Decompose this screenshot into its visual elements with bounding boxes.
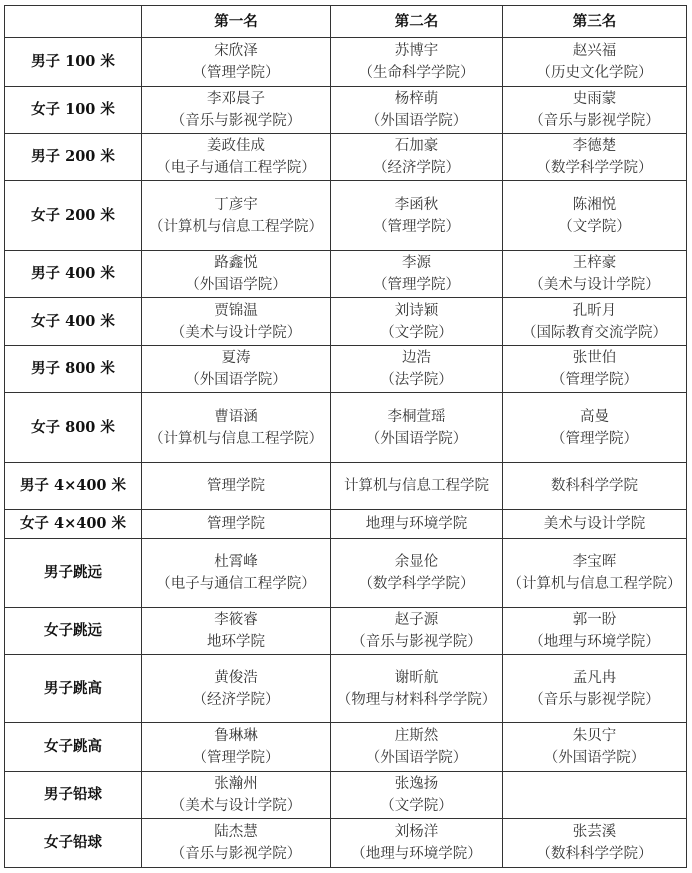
second-place-cell: 李源（管理学院）: [331, 251, 503, 298]
second-place-cell: 杨梓萌（外国语学院）: [331, 87, 503, 134]
third-place-cell: 李德楚（数学科学学院）: [503, 134, 687, 181]
third-place-cell: 张世伯（管理学院）: [503, 346, 687, 393]
athlete-name: 刘诗颖: [335, 300, 498, 322]
second-place-cell: 李桐萱瑶（外国语学院）: [331, 393, 503, 463]
athlete-name: 王梓豪: [507, 252, 682, 274]
third-place-cell: 高曼（管理学院）: [503, 393, 687, 463]
first-place-cell: 丁彦宇（计算机与信息工程学院）: [142, 181, 331, 251]
school-name: （电子与通信工程学院）: [146, 157, 326, 179]
event-name: 女子 200 米: [5, 181, 142, 251]
school-name: （外国语学院）: [507, 747, 682, 769]
first-place-cell: 张瀚州（美术与设计学院）: [142, 772, 331, 819]
third-place-cell: 美术与设计学院: [503, 510, 687, 539]
event-name: 男子 4×400 米: [5, 463, 142, 510]
athlete-name: 苏博宇: [335, 40, 498, 62]
event-name: 男子 100 米: [5, 38, 142, 87]
second-place-cell: 张逸扬（文学院）: [331, 772, 503, 819]
athlete-name: 赵子源: [335, 609, 498, 631]
second-place-cell: 地理与环境学院: [331, 510, 503, 539]
school-name: （电子与通信工程学院）: [146, 573, 326, 595]
first-place-cell: 陆杰慧（音乐与影视学院）: [142, 819, 331, 868]
first-place-cell: 贾锦温（美术与设计学院）: [142, 298, 331, 346]
table-row: 男子跳远杜霄峰（电子与通信工程学院）余显伦（数学科学学院）李宝晖（计算机与信息工…: [5, 539, 687, 608]
first-place-cell: 黄俊浩（经济学院）: [142, 655, 331, 723]
athlete-name: 杜霄峰: [146, 551, 326, 573]
event-name: 男子 800 米: [5, 346, 142, 393]
table-row: 男子 800 米夏涛（外国语学院）边浩（法学院）张世伯（管理学院）: [5, 346, 687, 393]
event-name: 男子 400 米: [5, 251, 142, 298]
first-place-cell: 宋欣泽（管理学院）: [142, 38, 331, 87]
athlete-name: 黄俊浩: [146, 667, 326, 689]
third-place-cell: 朱贝宁（外国语学院）: [503, 723, 687, 772]
school-name: 地理与环境学院: [335, 513, 498, 535]
athlete-name: 夏涛: [146, 347, 326, 369]
athlete-name: 张芸溪: [507, 821, 682, 843]
athlete-name: 孟凡冉: [507, 667, 682, 689]
athlete-name: 谢昕航: [335, 667, 498, 689]
table-row: 女子 100 米李邓晨子（音乐与影视学院）杨梓萌（外国语学院）史雨蒙（音乐与影视…: [5, 87, 687, 134]
third-place-cell: [503, 772, 687, 819]
table-row: 女子 4×400 米管理学院地理与环境学院美术与设计学院: [5, 510, 687, 539]
athlete-name: 曹语涵: [146, 406, 326, 428]
school-name: （计算机与信息工程学院）: [507, 573, 682, 595]
athlete-name: 路鑫悦: [146, 252, 326, 274]
header-third-place: 第三名: [503, 6, 687, 38]
table-row: 女子跳远李筱睿地环学院赵子源（音乐与影视学院）郭一盼（地理与环境学院）: [5, 608, 687, 655]
school-name: 管理学院: [146, 475, 326, 497]
athlete-name: 张瀚州: [146, 773, 326, 795]
athlete-name: 庄斯然: [335, 725, 498, 747]
athlete-name: 孔昕月: [507, 300, 682, 322]
first-place-cell: 姜政佳成（电子与通信工程学院）: [142, 134, 331, 181]
athlete-name: 赵兴福: [507, 40, 682, 62]
school-name: （数科科学学院）: [507, 843, 682, 865]
table-row: 女子铅球陆杰慧（音乐与影视学院）刘杨洋（地理与环境学院）张芸溪（数科科学学院）: [5, 819, 687, 868]
school-name: （数学科学学院）: [335, 573, 498, 595]
event-name: 男子跳远: [5, 539, 142, 608]
school-name: （历史文化学院）: [507, 62, 682, 84]
second-place-cell: 赵子源（音乐与影视学院）: [331, 608, 503, 655]
school-name: （音乐与影视学院）: [146, 110, 326, 132]
event-name: 男子铅球: [5, 772, 142, 819]
athlete-name: 李源: [335, 252, 498, 274]
results-table: 第一名 第二名 第三名 男子 100 米宋欣泽（管理学院）苏博宇（生命科学学院）…: [4, 5, 687, 868]
athlete-name: 朱贝宁: [507, 725, 682, 747]
table-row: 男子跳高黄俊浩（经济学院）谢昕航（物理与材料科学学院）孟凡冉（音乐与影视学院）: [5, 655, 687, 723]
first-place-cell: 夏涛（外国语学院）: [142, 346, 331, 393]
results-body: 男子 100 米宋欣泽（管理学院）苏博宇（生命科学学院）赵兴福（历史文化学院）女…: [5, 38, 687, 868]
table-row: 男子铅球张瀚州（美术与设计学院）张逸扬（文学院）: [5, 772, 687, 819]
second-place-cell: 谢昕航（物理与材料科学学院）: [331, 655, 503, 723]
athlete-name: 石加豪: [335, 135, 498, 157]
athlete-name: 刘杨洋: [335, 821, 498, 843]
second-place-cell: 余显伦（数学科学学院）: [331, 539, 503, 608]
table-row: 女子跳高鲁琳琳（管理学院）庄斯然（外国语学院）朱贝宁（外国语学院）: [5, 723, 687, 772]
school-name: （管理学院）: [335, 216, 498, 238]
header-second-place: 第二名: [331, 6, 503, 38]
school-name: （外国语学院）: [335, 428, 498, 450]
athlete-name: 杨梓萌: [335, 88, 498, 110]
school-name: （地理与环境学院）: [335, 843, 498, 865]
school-name: 计算机与信息工程学院: [335, 475, 498, 497]
third-place-cell: 王梓豪（美术与设计学院）: [503, 251, 687, 298]
school-name: （计算机与信息工程学院）: [146, 216, 326, 238]
event-name: 女子 400 米: [5, 298, 142, 346]
event-name: 男子 200 米: [5, 134, 142, 181]
table-row: 女子 400 米贾锦温（美术与设计学院）刘诗颖（文学院）孔昕月（国际教育交流学院…: [5, 298, 687, 346]
athlete-name: 丁彦宇: [146, 194, 326, 216]
header-corner: [5, 6, 142, 38]
school-name: 管理学院: [146, 513, 326, 535]
school-name: 地环学院: [146, 631, 326, 653]
third-place-cell: 李宝晖（计算机与信息工程学院）: [503, 539, 687, 608]
athlete-name: 郭一盼: [507, 609, 682, 631]
third-place-cell: 张芸溪（数科科学学院）: [503, 819, 687, 868]
school-name: 美术与设计学院: [507, 513, 682, 535]
second-place-cell: 苏博宇（生命科学学院）: [331, 38, 503, 87]
event-name: 男子跳高: [5, 655, 142, 723]
first-place-cell: 管理学院: [142, 510, 331, 539]
first-place-cell: 鲁琳琳（管理学院）: [142, 723, 331, 772]
athlete-name: 李德楚: [507, 135, 682, 157]
school-name: （音乐与影视学院）: [146, 843, 326, 865]
school-name: （管理学院）: [335, 274, 498, 296]
athlete-name: 李桐萱瑶: [335, 406, 498, 428]
school-name: （美术与设计学院）: [146, 322, 326, 344]
table-row: 男子 400 米路鑫悦（外国语学院）李源（管理学院）王梓豪（美术与设计学院）: [5, 251, 687, 298]
school-name: （数学科学学院）: [507, 157, 682, 179]
school-name: （管理学院）: [146, 62, 326, 84]
school-name: （文学院）: [335, 795, 498, 817]
third-place-cell: 孔昕月（国际教育交流学院）: [503, 298, 687, 346]
school-name: （法学院）: [335, 369, 498, 391]
athlete-name: 余显伦: [335, 551, 498, 573]
first-place-cell: 路鑫悦（外国语学院）: [142, 251, 331, 298]
athlete-name: 陈湘悦: [507, 194, 682, 216]
second-place-cell: 刘诗颖（文学院）: [331, 298, 503, 346]
school-name: （外国语学院）: [335, 110, 498, 132]
school-name: （经济学院）: [335, 157, 498, 179]
event-name: 女子跳高: [5, 723, 142, 772]
school-name: （音乐与影视学院）: [507, 110, 682, 132]
third-place-cell: 数科科学学院: [503, 463, 687, 510]
table-row: 男子 100 米宋欣泽（管理学院）苏博宇（生命科学学院）赵兴福（历史文化学院）: [5, 38, 687, 87]
first-place-cell: 管理学院: [142, 463, 331, 510]
first-place-cell: 李邓晨子（音乐与影视学院）: [142, 87, 331, 134]
third-place-cell: 孟凡冉（音乐与影视学院）: [503, 655, 687, 723]
athlete-name: 李函秋: [335, 194, 498, 216]
athlete-name: 宋欣泽: [146, 40, 326, 62]
table-row: 男子 4×400 米管理学院计算机与信息工程学院数科科学学院: [5, 463, 687, 510]
header-row: 第一名 第二名 第三名: [5, 6, 687, 38]
school-name: （管理学院）: [507, 369, 682, 391]
first-place-cell: 曹语涵（计算机与信息工程学院）: [142, 393, 331, 463]
school-name: （计算机与信息工程学院）: [146, 428, 326, 450]
second-place-cell: 庄斯然（外国语学院）: [331, 723, 503, 772]
athlete-name: 李宝晖: [507, 551, 682, 573]
athlete-name: 高曼: [507, 406, 682, 428]
second-place-cell: 石加豪（经济学院）: [331, 134, 503, 181]
school-name: （文学院）: [507, 216, 682, 238]
school-name: （物理与材料科学学院）: [335, 689, 498, 711]
school-name: （音乐与影视学院）: [335, 631, 498, 653]
athlete-name: 陆杰慧: [146, 821, 326, 843]
header-first-place: 第一名: [142, 6, 331, 38]
table-row: 女子 800 米曹语涵（计算机与信息工程学院）李桐萱瑶（外国语学院）高曼（管理学…: [5, 393, 687, 463]
school-name: （外国语学院）: [146, 369, 326, 391]
table-row: 女子 200 米丁彦宇（计算机与信息工程学院）李函秋（管理学院）陈湘悦（文学院）: [5, 181, 687, 251]
athlete-name: 贾锦温: [146, 300, 326, 322]
athlete-name: 鲁琳琳: [146, 725, 326, 747]
school-name: （美术与设计学院）: [507, 274, 682, 296]
athlete-name: 边浩: [335, 347, 498, 369]
school-name: （经济学院）: [146, 689, 326, 711]
school-name: （生命科学学院）: [335, 62, 498, 84]
second-place-cell: 刘杨洋（地理与环境学院）: [331, 819, 503, 868]
athlete-name: 史雨蒙: [507, 88, 682, 110]
second-place-cell: 边浩（法学院）: [331, 346, 503, 393]
school-name: （音乐与影视学院）: [507, 689, 682, 711]
second-place-cell: 李函秋（管理学院）: [331, 181, 503, 251]
school-name: （文学院）: [335, 322, 498, 344]
event-name: 女子铅球: [5, 819, 142, 868]
event-name: 女子 800 米: [5, 393, 142, 463]
athlete-name: 张世伯: [507, 347, 682, 369]
event-name: 女子 100 米: [5, 87, 142, 134]
school-name: （外国语学院）: [335, 747, 498, 769]
school-name: （地理与环境学院）: [507, 631, 682, 653]
event-name: 女子 4×400 米: [5, 510, 142, 539]
third-place-cell: 赵兴福（历史文化学院）: [503, 38, 687, 87]
third-place-cell: 陈湘悦（文学院）: [503, 181, 687, 251]
athlete-name: 姜政佳成: [146, 135, 326, 157]
table-row: 男子 200 米姜政佳成（电子与通信工程学院）石加豪（经济学院）李德楚（数学科学…: [5, 134, 687, 181]
school-name: （管理学院）: [146, 747, 326, 769]
school-name: （美术与设计学院）: [146, 795, 326, 817]
third-place-cell: 郭一盼（地理与环境学院）: [503, 608, 687, 655]
athlete-name: 张逸扬: [335, 773, 498, 795]
first-place-cell: 杜霄峰（电子与通信工程学院）: [142, 539, 331, 608]
second-place-cell: 计算机与信息工程学院: [331, 463, 503, 510]
school-name: （管理学院）: [507, 428, 682, 450]
athlete-name: 李邓晨子: [146, 88, 326, 110]
event-name: 女子跳远: [5, 608, 142, 655]
school-name: （外国语学院）: [146, 274, 326, 296]
school-name: 数科科学学院: [507, 475, 682, 497]
athlete-name: 李筱睿: [146, 609, 326, 631]
school-name: （国际教育交流学院）: [507, 322, 682, 344]
first-place-cell: 李筱睿地环学院: [142, 608, 331, 655]
third-place-cell: 史雨蒙（音乐与影视学院）: [503, 87, 687, 134]
